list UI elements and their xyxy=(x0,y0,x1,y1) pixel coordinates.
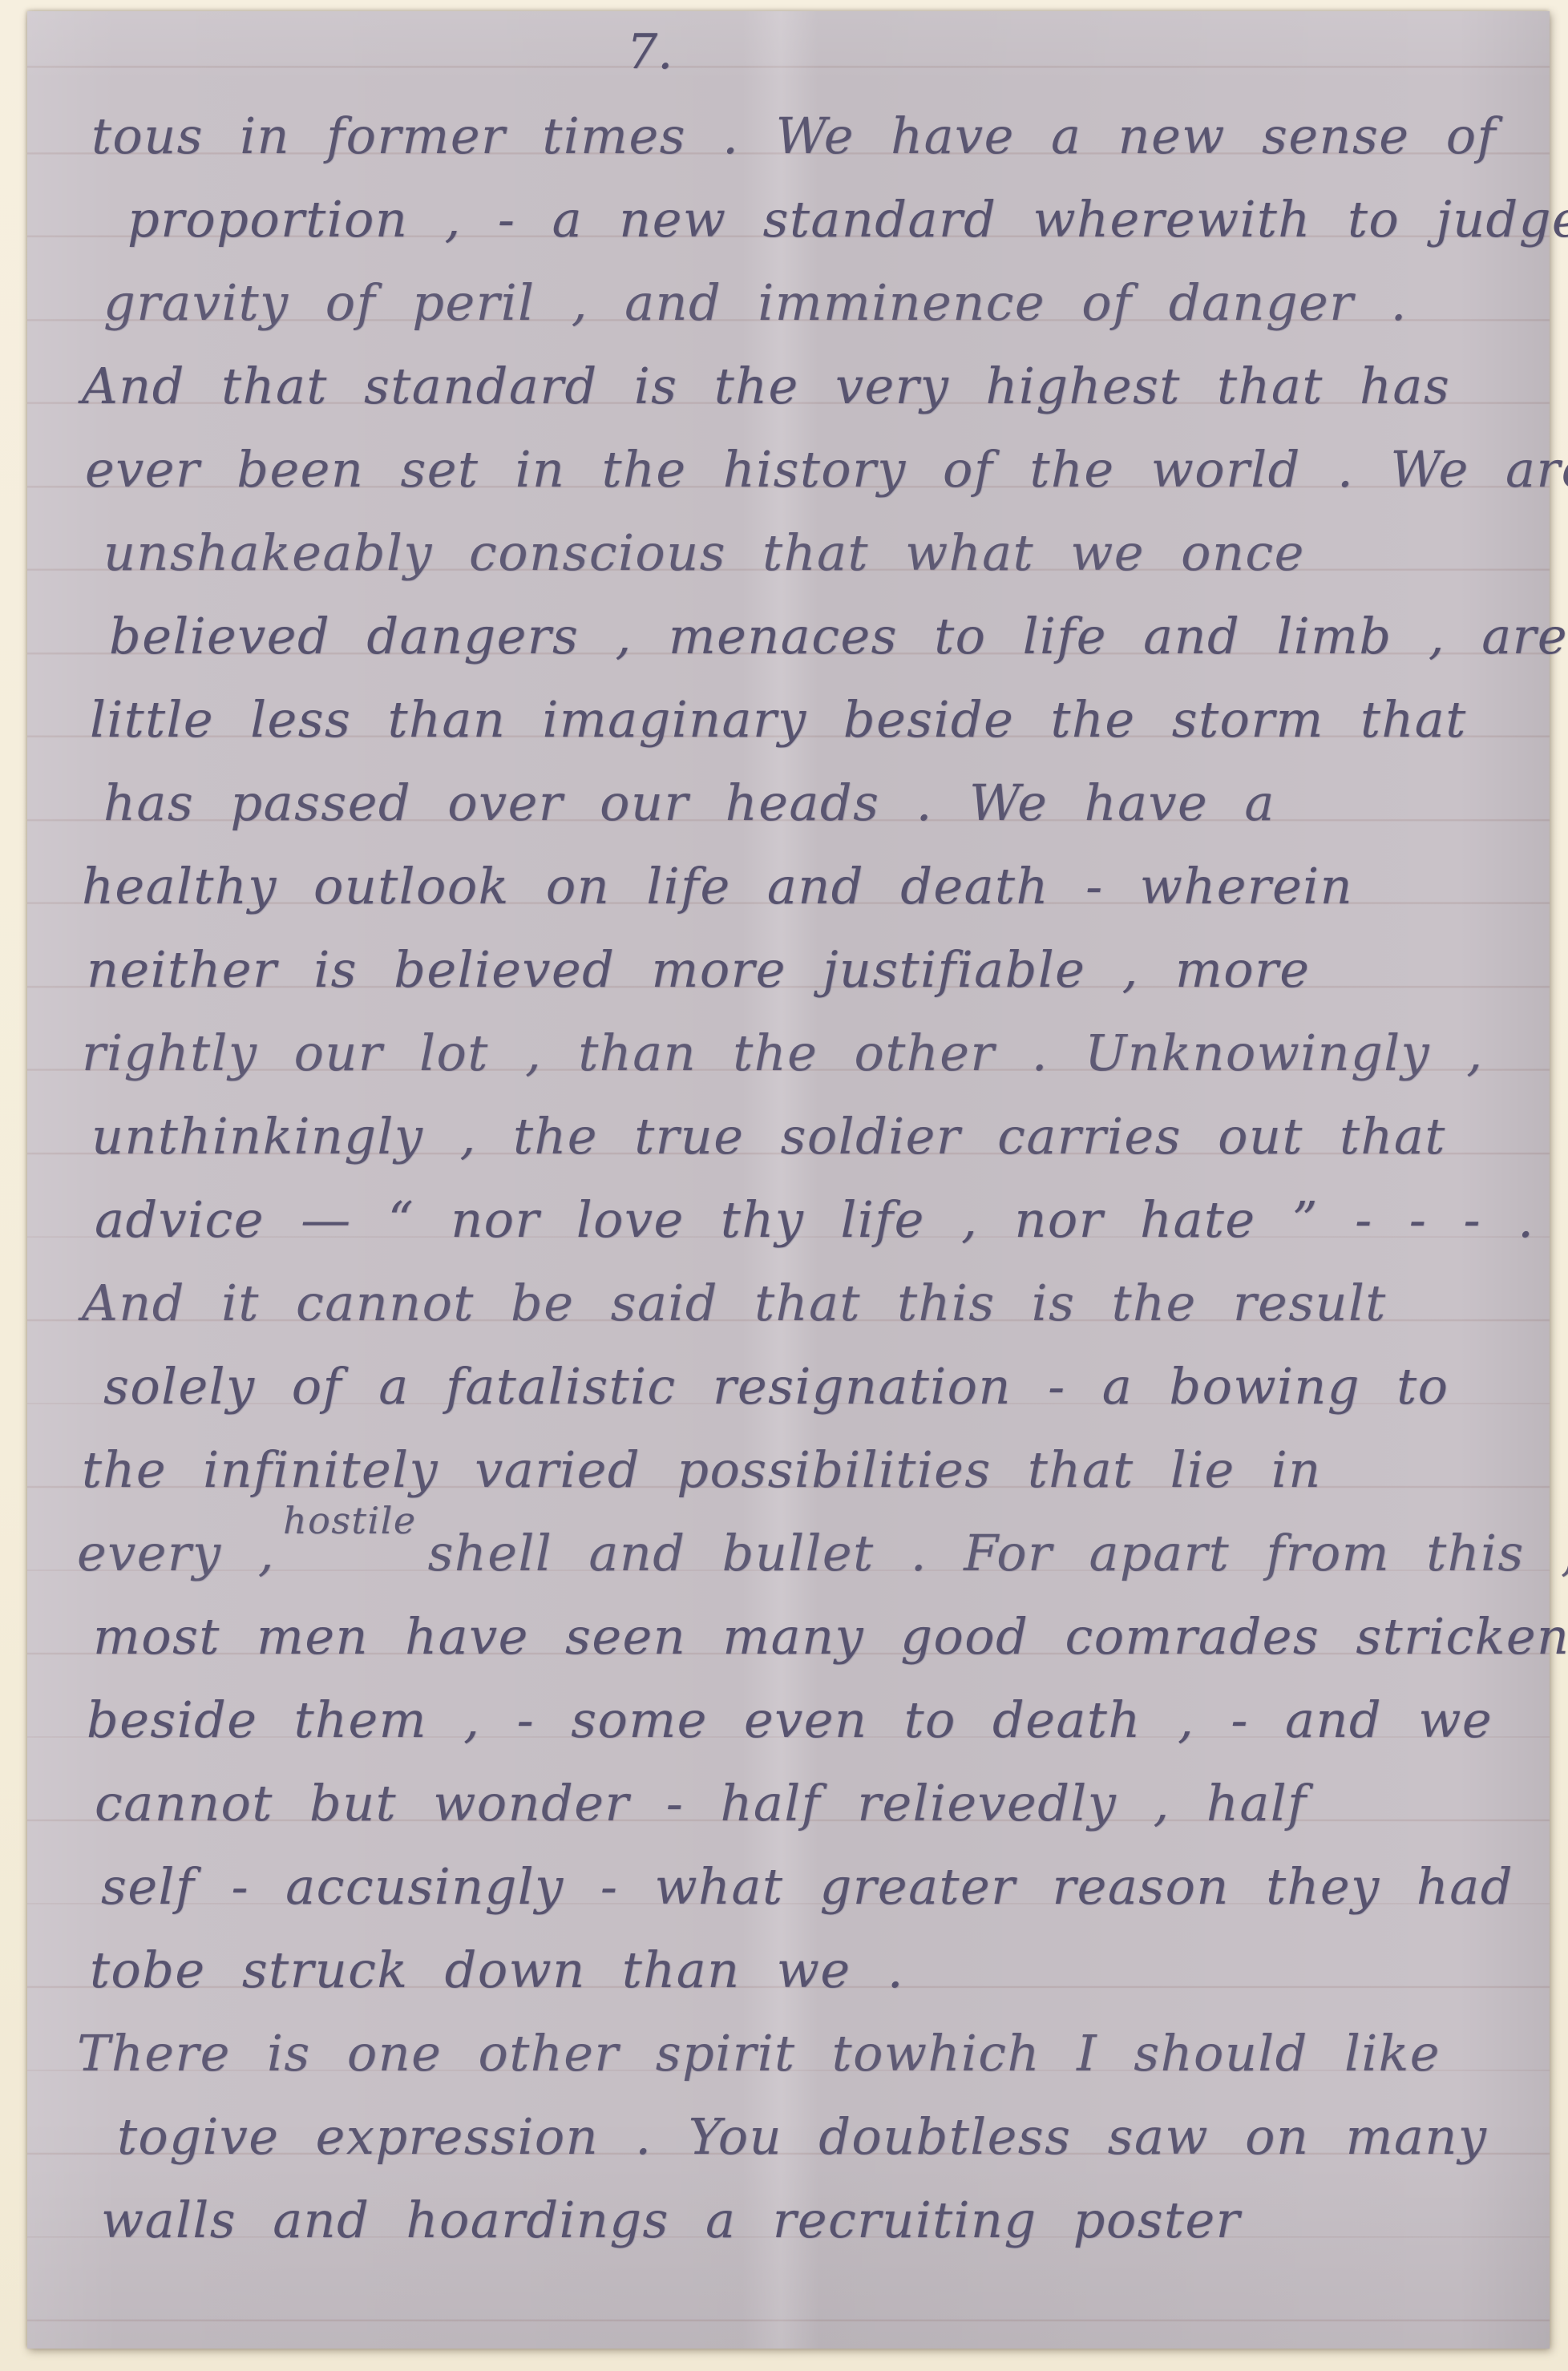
handwriting-line: cannot but wonder - half relievedly , ha… xyxy=(95,1762,1535,1845)
handwriting-line: gravity of peril , and imminence of dang… xyxy=(103,261,1535,345)
line-text-before: every , xyxy=(77,1524,275,1582)
handwriting-block: tous in former times . We have a new sen… xyxy=(59,95,1535,2262)
handwriting-line: rightly our lot , than the other . Unkno… xyxy=(82,1012,1535,1095)
handwriting-line: unthinkingly , the true soldier carries … xyxy=(91,1095,1535,1178)
handwriting-line: ever been set in the history of the worl… xyxy=(85,428,1535,511)
handwriting-line: And that standard is the very highest th… xyxy=(82,345,1535,428)
line-text-after: shell and bullet . For apart from this , xyxy=(428,1524,1568,1582)
handwriting-line: healthy outlook on life and death - wher… xyxy=(82,845,1535,928)
handwriting-line: believed dangers , menaces to life and l… xyxy=(109,595,1535,678)
page-number: 7. xyxy=(627,24,673,80)
handwriting-line: beside them , - some even to death , - a… xyxy=(87,1678,1535,1762)
inserted-word: hostile xyxy=(283,1479,417,1562)
handwriting-line: solely of a fatalistic resignation - a b… xyxy=(103,1345,1535,1428)
handwriting-line: advice — “ nor love thy life , nor hate … xyxy=(95,1178,1535,1262)
handwriting-line: There is one other spirit towhich I shou… xyxy=(77,2012,1535,2095)
handwriting-line: most men have seen many good comrades st… xyxy=(93,1595,1535,1678)
handwriting-line: walls and hoardings a recruiting poster xyxy=(101,2179,1535,2262)
handwriting-line: proportion , - a new standard wherewith … xyxy=(127,178,1535,261)
handwriting-line: little less than imaginary beside the st… xyxy=(90,678,1535,761)
handwriting-line: unshakeably conscious that what we once xyxy=(103,511,1535,595)
handwriting-line: togive expression . You doubtless saw on… xyxy=(117,2095,1535,2179)
handwriting-line: self - accusingly - what greater reason … xyxy=(101,1845,1535,1929)
handwriting-line: And it cannot be said that this is the r… xyxy=(82,1262,1535,1345)
handwriting-line: neither is believed more justifiable , m… xyxy=(87,928,1535,1012)
letter-page: 7. tous in former times . We have a new … xyxy=(27,11,1550,2349)
handwriting-line: tous in former times . We have a new sen… xyxy=(91,95,1535,178)
handwriting-line: has passed over our heads . We have a xyxy=(103,761,1535,845)
handwriting-line: every ,hostileshell and bullet . For apa… xyxy=(77,1512,1535,1595)
handwriting-line: tobe struck down than we . xyxy=(90,1929,1535,2012)
